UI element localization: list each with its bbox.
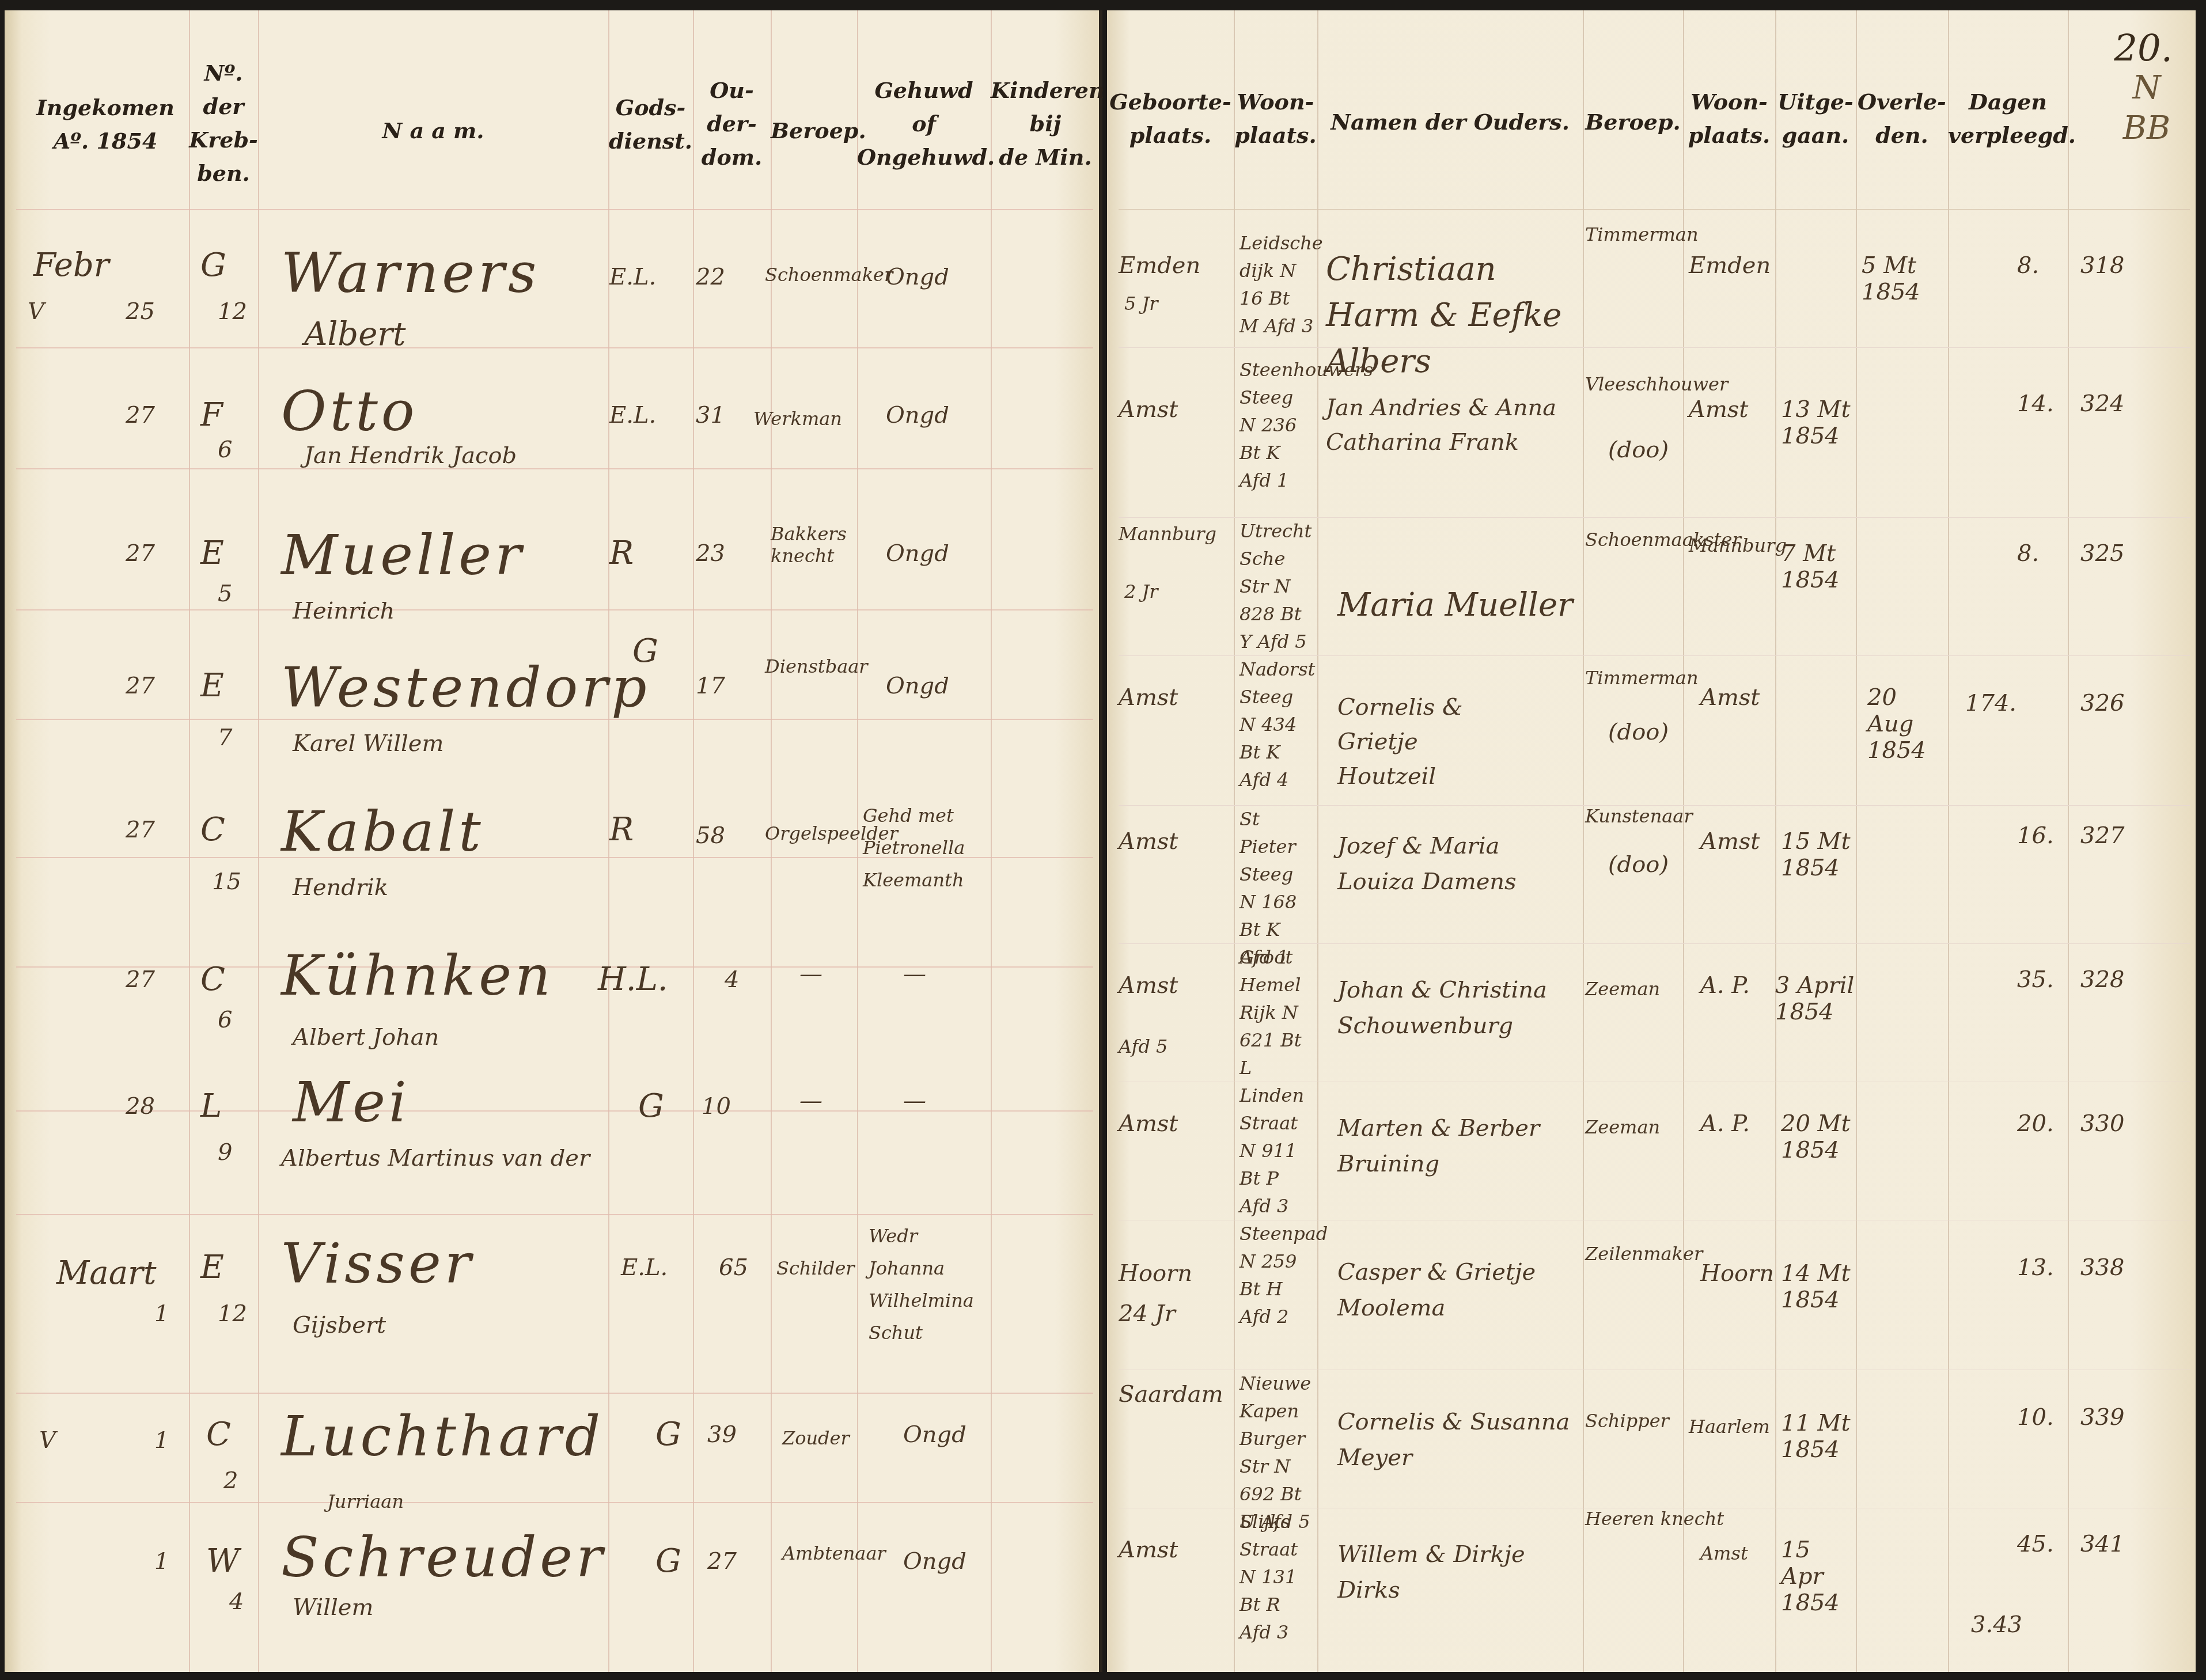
header-ouderdom: Ou-der-dom. (693, 74, 771, 174)
right-page: 20. N BB Geboorte-plaats. Woon-plaats. N… (1107, 10, 2196, 1672)
header-beroep: Beroep. (771, 114, 857, 147)
header-overleden: Overle-den. (1856, 85, 1948, 152)
header-woonplaats: Woon-plaats. (1234, 85, 1317, 152)
header-gehuwd: GehuwdofOngehuwd. (857, 74, 991, 174)
header-godsdienst: Gods-dienst. (608, 91, 693, 158)
left-page: Ingekomen Aº. 1854 Nº.derKreb-ben. N a a… (5, 10, 1102, 1672)
header-dagen-verpleegd: Dagenverpleegd. (1948, 85, 2068, 152)
header-ingekomen: Ingekomen Aº. 1854 (28, 91, 183, 158)
total-note: 3.43 (1971, 1611, 2022, 1638)
header-geboorteplaats: Geboorte-plaats. (1107, 85, 1234, 152)
header-namen-ouders: Namen der Ouders. (1317, 105, 1583, 139)
header-woonplaats-ouders: Woon-plaats. (1683, 85, 1775, 152)
header-uitgegaan: Uitge-gaan. (1775, 85, 1856, 152)
header-naam: N a a m. (258, 114, 608, 147)
header-beroep-ouders: Beroep. (1583, 105, 1683, 139)
page-number: 20. (2114, 28, 2173, 70)
header-kinderen: Kinderenbijde Min. (991, 74, 1100, 174)
margin-mark: N BB (2121, 68, 2173, 149)
header-number: Nº.derKreb-ben. (189, 56, 258, 190)
